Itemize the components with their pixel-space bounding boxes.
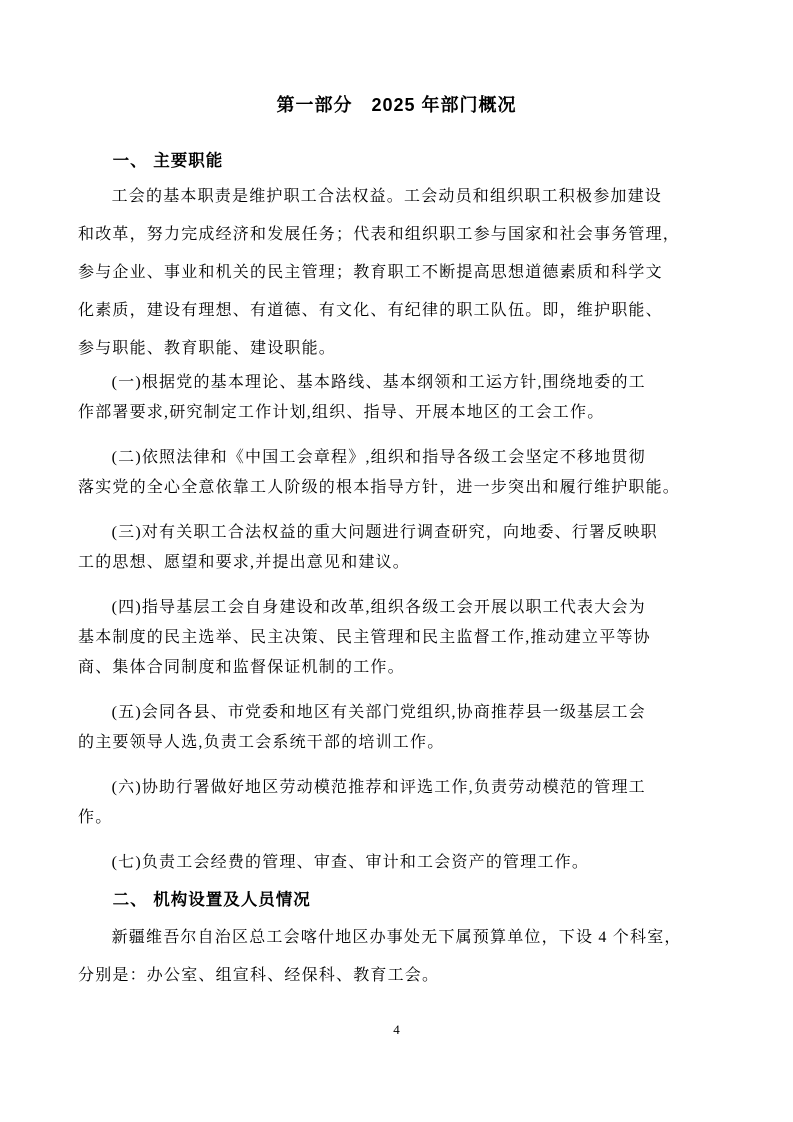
duty-item-7: (七)负责工会经费的管理、审查、审计和工会资产的管理工作。 [78, 848, 715, 878]
duty-item-1: (一)根据党的基本理论、基本路线、基本纲领和工运方针,围绕地委的工 作部署要求,… [78, 368, 715, 428]
duty-item-4: (四)指导基层工会自身建设和改革,组织各级工会开展以职工代表大会为 基本制度的民… [78, 593, 715, 683]
section-heading-main-functions: 一、 主要职能 [78, 150, 715, 172]
duty-item-6: (六)协助行署做好地区劳动模范推荐和评选工作,负责劳动模范的管理工 作。 [78, 773, 715, 833]
document-page: 第一部分 2025 年部门概况 一、 主要职能 工会的基本职责是维护职工合法权益… [0, 0, 793, 1122]
duty-item-3: (三)对有关职工合法权益的重大问题进行调查研究，向地委、行署反映职 工的思想、愿… [78, 518, 715, 578]
duty-item-2: (二)依照法律和《中国工会章程》,组织和指导各级工会坚定不移地贯彻 落实党的全心… [78, 443, 715, 503]
section-heading-organization: 二、 机构设置及人员情况 [78, 889, 715, 911]
organization-paragraph: 新疆维吾尔自治区总工会喀什地区办事处无下属预算单位，下设 4 个科室， 分别是：… [78, 919, 715, 995]
page-title: 第一部分 2025 年部门概况 [78, 92, 715, 118]
page-number: 4 [0, 1022, 793, 1038]
duty-item-5: (五)会同各县、市党委和地区有关部门党组织,协商推荐县一级基层工会 的主要领导人… [78, 698, 715, 758]
intro-paragraph: 工会的基本职责是维护职工合法权益。工会动员和组织职工积极参加建设 和改革，努力完… [78, 178, 715, 368]
